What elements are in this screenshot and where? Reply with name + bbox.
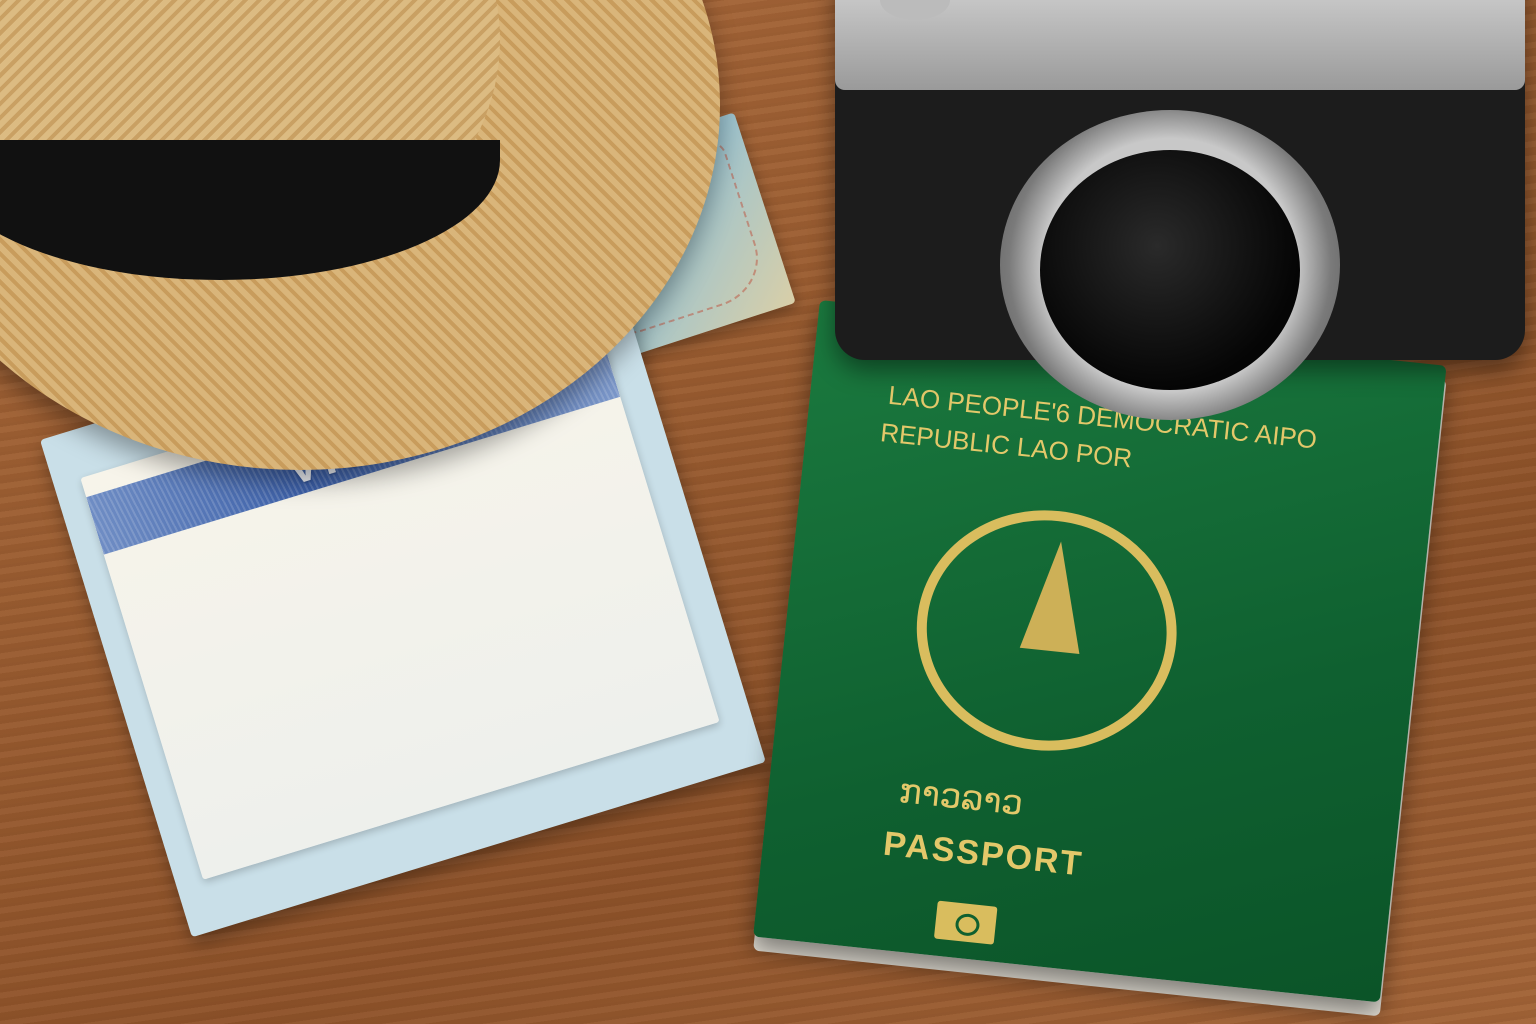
passport-title: PASSPORT [881,825,1084,885]
national-emblem-icon [905,498,1189,764]
lens-glass [1040,150,1300,390]
biometric-chip-icon [934,901,998,945]
passport-lao-title: ກາວລາວ [897,771,1025,824]
